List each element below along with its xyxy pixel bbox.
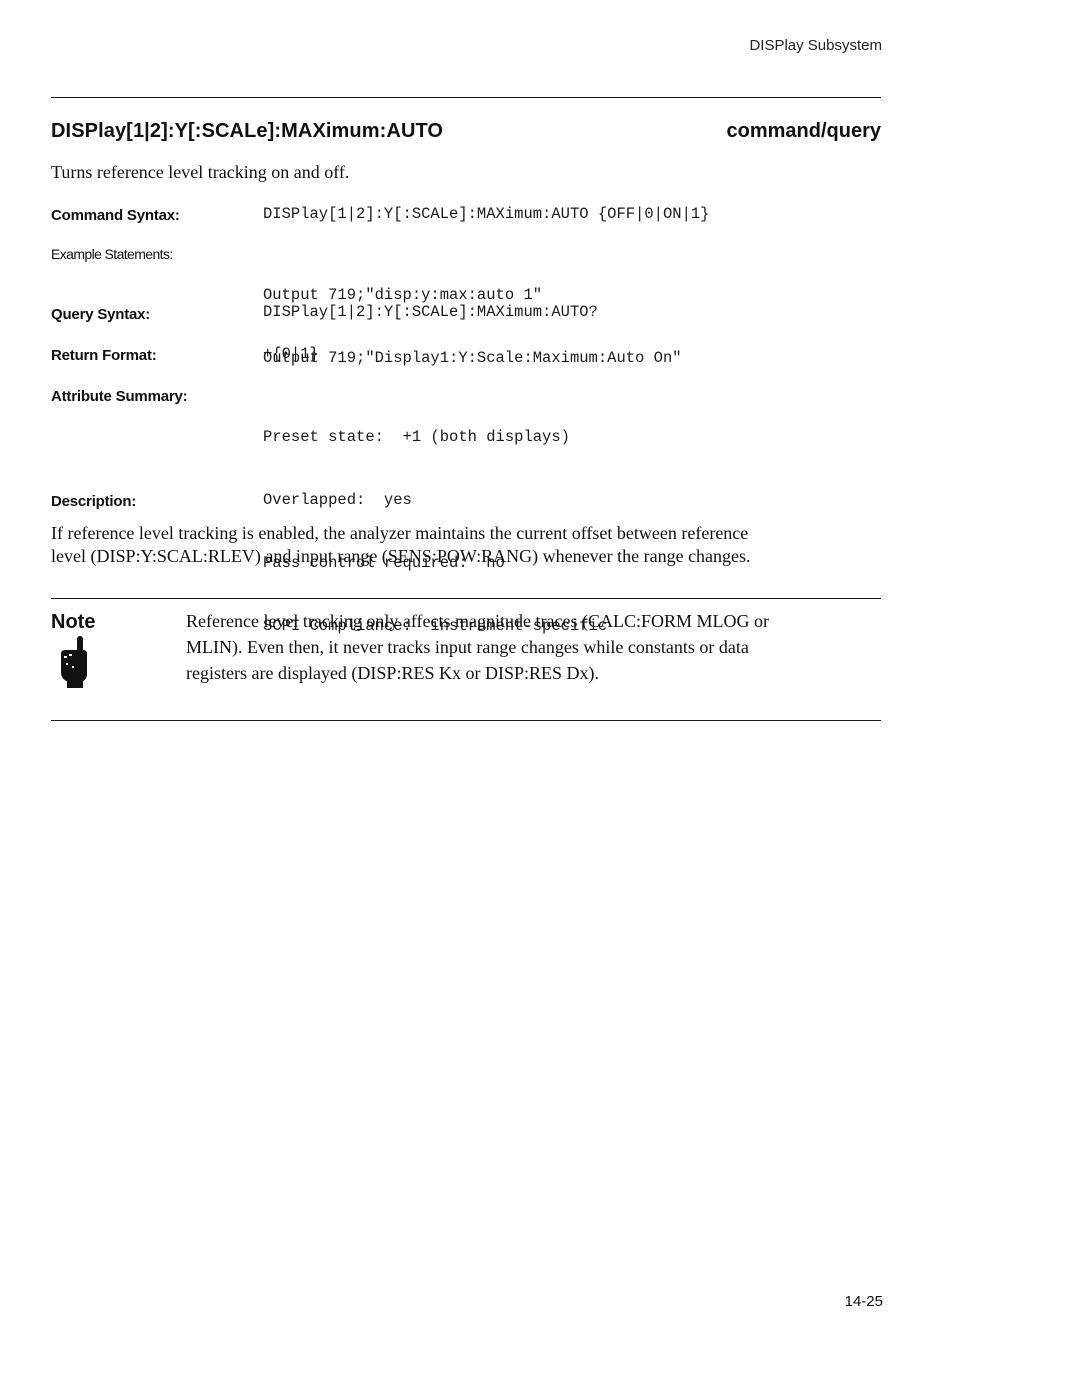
return-format-value: +{0|1} xyxy=(263,344,319,365)
description-line: level (DISP:Y:SCAL:RLEV) and input range… xyxy=(51,545,881,568)
note-line: MLIN). Even then, it never tracks input … xyxy=(186,634,769,660)
note-divider-bottom xyxy=(51,720,881,721)
section-divider-top xyxy=(51,97,881,98)
pointing-hand-icon xyxy=(57,636,93,688)
note-body: Reference level tracking only affects ma… xyxy=(186,608,769,686)
command-summary: Turns reference level tracking on and of… xyxy=(51,162,349,183)
note-line: Reference level tracking only affects ma… xyxy=(186,608,769,634)
example-statements-label: Example Statements: xyxy=(51,246,173,262)
command-syntax-value: DISPlay[1|2]:Y[:SCALe]:MAXimum:AUTO {OFF… xyxy=(263,204,709,225)
running-header: DISPlay Subsystem xyxy=(749,37,882,54)
query-syntax-value: DISPlay[1|2]:Y[:SCALe]:MAXimum:AUTO? xyxy=(263,302,598,323)
description-body: If reference level tracking is enabled, … xyxy=(51,522,881,568)
command-type: command/query xyxy=(727,120,881,143)
query-syntax-label: Query Syntax: xyxy=(51,306,150,323)
example-statement-line: Output 719;"Display1:Y:Scale:Maximum:Aut… xyxy=(263,348,682,369)
attribute-line: Preset state: +1 (both displays) xyxy=(263,427,607,448)
description-label: Description: xyxy=(51,493,136,510)
note-label: Note xyxy=(51,611,95,634)
description-line: If reference level tracking is enabled, … xyxy=(51,522,881,545)
page-number: 14-25 xyxy=(845,1293,883,1310)
note-line: registers are displayed (DISP:RES Kx or … xyxy=(186,660,769,686)
note-divider-top xyxy=(51,598,881,599)
attribute-summary-label: Attribute Summary: xyxy=(51,388,187,405)
return-format-label: Return Format: xyxy=(51,347,157,364)
command-title: DISPlay[1|2]:Y[:SCALe]:MAXimum:AUTO xyxy=(51,120,443,143)
command-syntax-label: Command Syntax: xyxy=(51,207,180,224)
attribute-line: Overlapped: yes xyxy=(263,490,607,511)
